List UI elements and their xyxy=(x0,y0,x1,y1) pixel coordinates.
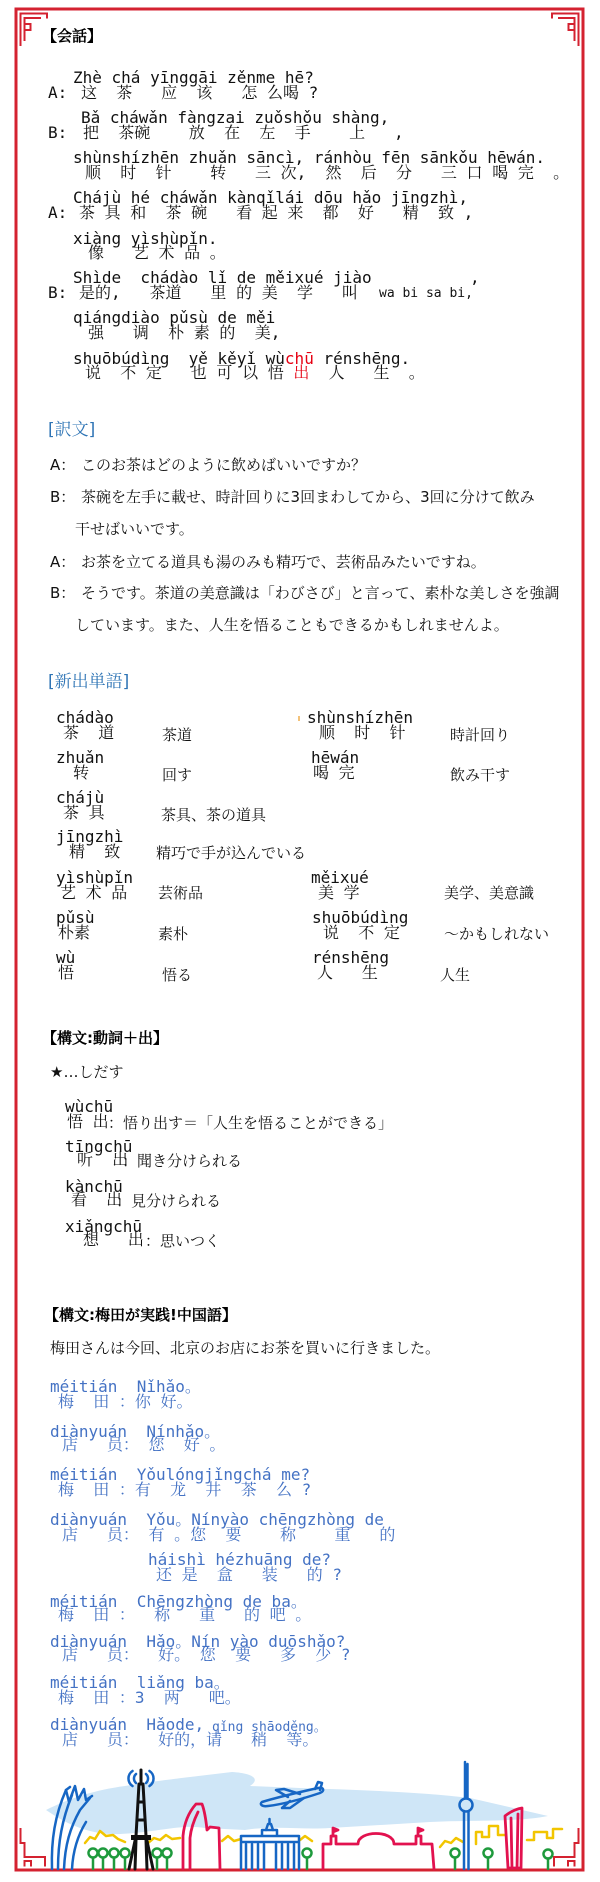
speaker-label: A: xyxy=(48,85,67,101)
hanzi-text: 说 不 定 也 可 以 悟 出 人 生 。 xyxy=(85,365,425,381)
vocab-hanzi: 喝 完 xyxy=(313,765,355,781)
vocab-hanzi: 朴素 xyxy=(58,925,90,941)
gate-monument-icon xyxy=(241,1819,299,1869)
grammar-hanzi: 想 出 xyxy=(83,1232,144,1248)
translation-continuation: 干せばいいです。 xyxy=(75,520,194,538)
vocabulary-title: [新出単語] xyxy=(48,673,129,691)
vocab-meaning: 茶具、茶の道具 xyxy=(161,806,266,824)
highlighted-hanzi: 出 xyxy=(293,363,309,382)
hanzi-text: 把 茶碗 放 在 左 手 上 , xyxy=(83,125,404,141)
vocab-hanzi: 说 不 定 xyxy=(323,925,400,941)
speaker-label: B: xyxy=(48,125,67,141)
corner-fret-bottom-left-icon xyxy=(21,1828,46,1867)
practice-hanzi: 梅 田 ：有 龙 井 茶 么 ? xyxy=(58,1482,311,1498)
practice-hanzi: 梅 田 ： 称 重 的 吧 。 xyxy=(58,1607,311,1623)
speaker-label: B: xyxy=(48,285,67,301)
hanzi-text: 顺 时 针 转 三 次, 然 后 分 三 口 喝 完 。 xyxy=(85,165,569,181)
practice-intro: 梅田さんは今回、北京のお店にお茶を買いに行きました。 xyxy=(50,1339,440,1357)
vocab-meaning: 芸術品 xyxy=(158,884,203,902)
vocab-meaning: 飲み干す xyxy=(450,766,510,784)
curved-building-icon xyxy=(52,1786,92,1869)
vocab-hanzi: 悟 xyxy=(58,965,74,981)
speaker-label: B： xyxy=(50,584,75,602)
city-skyline-illustration xyxy=(0,1740,600,1882)
yellow-rooftops xyxy=(85,1826,562,1847)
corner-fret-top-right-icon xyxy=(552,14,579,47)
lesson-page: 【会話】 Zhè chá yīnggāi zěnme hē? A: 这 茶 应 … xyxy=(0,0,600,1882)
hanzi-text: 茶 具 和 茶 碗 看 起 来 都 好 精 致 , xyxy=(79,205,473,221)
corner-fret-bottom-right-icon xyxy=(554,1828,579,1867)
cloud-band xyxy=(46,1772,548,1834)
translation-title: [訳文] xyxy=(48,421,95,439)
translation-text: このお茶はどのように飲めばいいですか？ xyxy=(81,456,366,474)
tree-icons xyxy=(89,1849,553,1870)
pinyin-comma: , xyxy=(470,270,480,286)
speaker-label: A： xyxy=(50,456,75,474)
vocab-hanzi: 美 学 xyxy=(318,885,360,901)
vocab-meaning: 美学、美意識 xyxy=(444,884,534,902)
vocab-hanzi: 茶 道 xyxy=(63,725,114,741)
practice-hanzi: 店 员： 好。 您 要 多 少 ? xyxy=(62,1647,351,1663)
grammar-note: ★…しだす xyxy=(50,1063,123,1081)
airplane-icon xyxy=(261,1782,323,1808)
grammar-hanzi: 悟 出 xyxy=(67,1114,109,1130)
practice-hanzi: 店 员： 有 。您 要 称 重 的 xyxy=(62,1527,395,1543)
practice-hanzi: 梅 田 ：3 两 吧。 xyxy=(58,1690,241,1706)
vocab-hanzi: 人 生 xyxy=(317,965,378,981)
vocab-meaning: 茶道 xyxy=(162,726,192,744)
speaker-label: A： xyxy=(50,553,75,571)
translation-text: そうです。茶道の美意識は「わびさび」と言って、素朴な美しさを強調 xyxy=(81,584,560,602)
hanzi-text: 这 茶 应 该 怎 么喝 ? xyxy=(81,85,318,101)
wabisabi-aside: wa bi sa bi, xyxy=(379,287,473,300)
grammar-hanzi: 看 出 xyxy=(71,1192,122,1208)
skyscraper-icon xyxy=(505,1808,522,1868)
red-building-icon xyxy=(183,1804,220,1869)
translation-text: お茶を立てる道具も湯のみも精巧で、芸術品みたいですね。 xyxy=(81,553,486,571)
vocab-meaning: ～かもしれない xyxy=(444,925,549,943)
vocab-meaning: 素朴 xyxy=(158,925,188,943)
conversation-title: 【会話】 xyxy=(42,27,102,45)
speaker-label: B： xyxy=(50,488,75,506)
grammar-title: 【構文:動詞＋出】 xyxy=(42,1029,168,1047)
broadcast-tower-icon xyxy=(128,1770,153,1869)
tv-tower-icon xyxy=(460,1762,473,1869)
vocab-meaning: 悟る xyxy=(162,966,192,984)
vocab-hanzi: 艺 术 品 xyxy=(60,885,127,901)
translation-continuation: しています。また、人生を悟ることもできるかもしれませんよ。 xyxy=(75,616,509,634)
vocab-meaning: 人生 xyxy=(440,966,470,984)
stray-mark xyxy=(298,716,300,721)
practice-title: 【構文:梅田が実践!中国語】 xyxy=(44,1306,237,1324)
speaker-label: A: xyxy=(48,205,67,221)
vocab-meaning: 精巧で手が込んでいる xyxy=(156,844,306,862)
hanzi-text: 是的, 茶道 里 的 美 学 叫 xyxy=(79,285,358,301)
hanzi-text: 强 调 朴 素 的 美, xyxy=(88,325,280,341)
practice-hanzi: 店 员： 好的，请 稍 等。 xyxy=(62,1732,318,1748)
vocab-hanzi: 精 致 xyxy=(69,844,120,860)
vocab-hanzi: 茶 具 xyxy=(63,805,105,821)
grammar-meaning: ：悟り出す＝「人生を悟ることができる」 xyxy=(108,1114,393,1132)
vocab-meaning: 時計回り xyxy=(450,726,510,744)
practice-hanzi: 梅 田 ：你 好。 xyxy=(58,1394,193,1410)
grammar-meaning: ：思いつく xyxy=(145,1232,220,1250)
translation-text: 茶碗を左手に載せ、時計回りに3回まわしてから、3回に分けて飲み xyxy=(81,488,535,506)
grammar-meaning: ：聞き分けられる xyxy=(122,1152,242,1170)
parliament-building-icon xyxy=(323,1828,434,1869)
hanzi-text: 像 艺 术 品 。 xyxy=(88,245,226,261)
hanzi-segment: 说 不 定 也 可 以 悟 xyxy=(85,363,293,382)
vocab-meaning: 回す xyxy=(162,766,192,784)
practice-hanzi: 还 是 盒 装 的 ? xyxy=(156,1567,342,1583)
grammar-meaning: ：見分けられる xyxy=(116,1192,221,1210)
vocab-hanzi: 转 xyxy=(73,765,89,781)
vocab-hanzi: 顺 时 针 xyxy=(319,725,406,741)
hanzi-segment: 人 生 。 xyxy=(309,363,424,382)
practice-hanzi: 店 员： 您 好 。 xyxy=(62,1437,225,1453)
grammar-hanzi: 听 出 xyxy=(77,1152,128,1168)
